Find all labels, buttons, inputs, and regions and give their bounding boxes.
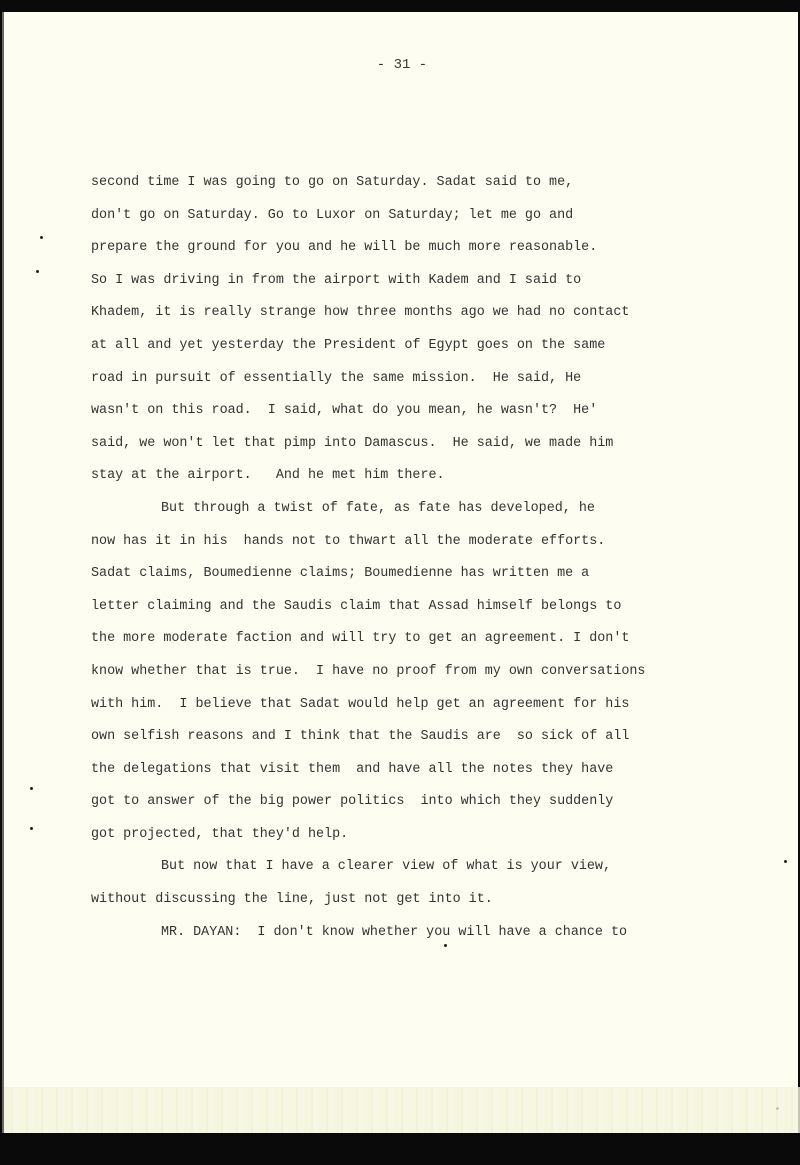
- text-line: the more moderate faction and will try t…: [91, 623, 791, 656]
- margin-mark: [40, 236, 43, 239]
- text-line: So I was driving in from the airport wit…: [91, 265, 791, 298]
- text-line: don't go on Saturday. Go to Luxor on Sat…: [91, 200, 791, 233]
- speaker-line: MR. DAYAN: I don't know whether you will…: [91, 917, 791, 950]
- paragraph-start-line: But now that I have a clearer view of wh…: [91, 851, 791, 884]
- text-line: with him. I believe that Sadat would hel…: [91, 689, 791, 722]
- text-line: wasn't on this road. I said, what do you…: [91, 395, 791, 428]
- paragraph-start-line: But through a twist of fate, as fate has…: [91, 493, 791, 526]
- page-number: - 31 -: [4, 57, 800, 73]
- body-text: second time I was going to go on Saturda…: [91, 167, 791, 949]
- margin-mark: [444, 944, 447, 947]
- text-line: stay at the airport. And he met him ther…: [91, 460, 791, 493]
- text-line: got to answer of the big power politics …: [91, 786, 791, 819]
- text-line: know whether that is true. I have no pro…: [91, 656, 791, 689]
- margin-mark: [30, 827, 33, 830]
- text-line: Khadem, it is really strange how three m…: [91, 297, 791, 330]
- text-line: Sadat claims, Boumedienne claims; Boumed…: [91, 558, 791, 591]
- text-line: without discussing the line, just not ge…: [91, 884, 791, 917]
- scan-noise-strip: [4, 1087, 800, 1133]
- text-line: own selfish reasons and I think that the…: [91, 721, 791, 754]
- text-line: got projected, that they'd help.: [91, 819, 791, 852]
- document-page: - 31 - second time I was going to go on …: [2, 12, 798, 1133]
- margin-mark: [784, 860, 787, 863]
- text-line: prepare the ground for you and he will b…: [91, 232, 791, 265]
- margin-mark: [30, 787, 33, 790]
- margin-mark: [36, 270, 39, 273]
- text-line: now has it in his hands not to thwart al…: [91, 526, 791, 559]
- text-line: said, we won't let that pimp into Damasc…: [91, 428, 791, 461]
- text-line: road in pursuit of essentially the same …: [91, 363, 791, 396]
- text-line: the delegations that visit them and have…: [91, 754, 791, 787]
- text-line: letter claiming and the Saudis claim tha…: [91, 591, 791, 624]
- text-line: second time I was going to go on Saturda…: [91, 167, 791, 200]
- text-line: at all and yet yesterday the President o…: [91, 330, 791, 363]
